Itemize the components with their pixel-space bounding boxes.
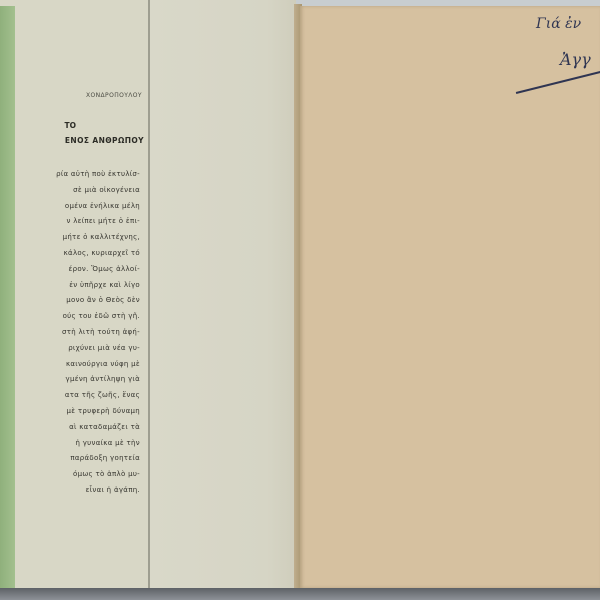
blurb-line: ούς του ἐδῶ στὴ γῆ. bbox=[0, 309, 140, 325]
handwritten-signature: Ἀγγ bbox=[560, 50, 591, 69]
blurb-line: στὴ λιτὴ τούτη ἀφή- bbox=[0, 325, 140, 341]
blurb-line: μονο ἂν ὁ Θεὸς δὲν bbox=[0, 293, 140, 309]
handwritten-inscription-line-1: Γιά ἐν bbox=[536, 16, 581, 32]
blurb-line: μὲ τρυφερὴ δύναμη bbox=[0, 404, 140, 420]
flap-text-block: ΧΟΝΔΡΟΠΟΥΛΟΥ ΤΟ ΕΝΟΣ ΑΝΘΡΩΠΟΥ ρία αὐτὴ π… bbox=[0, 0, 146, 590]
blurb-line: μήτε ὁ καλλιτέχνης, bbox=[0, 230, 140, 246]
background-bottom bbox=[0, 588, 600, 600]
blurb-line: ριχύνει μιὰ νέα γυ- bbox=[0, 341, 140, 357]
author-name: ΧΟΝΔΡΟΠΟΥΛΟΥ bbox=[0, 92, 142, 99]
blurb-line: αὶ καταδαμάζει τὰ bbox=[0, 420, 140, 436]
blurb-line: σὲ μιὰ οἰκογένεια bbox=[0, 183, 140, 199]
book-title-line-1: ΤΟ bbox=[0, 121, 76, 130]
endpaper bbox=[300, 6, 600, 588]
dust-jacket-flap: ΧΟΝΔΡΟΠΟΥΛΟΥ ΤΟ ΕΝΟΣ ΑΝΘΡΩΠΟΥ ρία αὐτὴ π… bbox=[0, 0, 148, 590]
blurb-line: ρία αὐτὴ ποὺ ἐκτυλίσ- bbox=[0, 167, 140, 183]
blurb-line: εἶναι ἡ ἀγάπη. bbox=[0, 483, 140, 499]
blurb-line: ομένα ἐνήλικα μέλη bbox=[0, 199, 140, 215]
blurb-text: ρία αὐτὴ ποὺ ἐκτυλίσ- σὲ μιὰ οἰκογένεια … bbox=[0, 167, 140, 499]
blank-page bbox=[150, 0, 296, 592]
blurb-line: γμένη ἀντίληψη γιὰ bbox=[0, 372, 140, 388]
blurb-line: κάλος, κυριαρχεῖ τό bbox=[0, 246, 140, 262]
blurb-line: καινούργια νύφη μὲ bbox=[0, 357, 140, 373]
blurb-line: ἐν ὑπῆρχε καὶ λίγο bbox=[0, 278, 140, 294]
book-title-line-2: ΕΝΟΣ ΑΝΘΡΩΠΟΥ bbox=[0, 136, 144, 145]
photo-scene: ΧΟΝΔΡΟΠΟΥΛΟΥ ΤΟ ΕΝΟΣ ΑΝΘΡΩΠΟΥ ρία αὐτὴ π… bbox=[0, 0, 600, 600]
blurb-line: παράδοξη γοητεία bbox=[0, 451, 140, 467]
blurb-line: όμως τὸ ἁπλὸ μυ- bbox=[0, 467, 140, 483]
blurb-line: έρον. Ὅμως ἀλλοί- bbox=[0, 262, 140, 278]
blurb-line: ἡ γυναίκα μὲ τὴν bbox=[0, 436, 140, 452]
blurb-line: ατα τῆς ζωῆς, ἕνας bbox=[0, 388, 140, 404]
blurb-line: ν λείπει μήτε ὁ ἐπι- bbox=[0, 214, 140, 230]
